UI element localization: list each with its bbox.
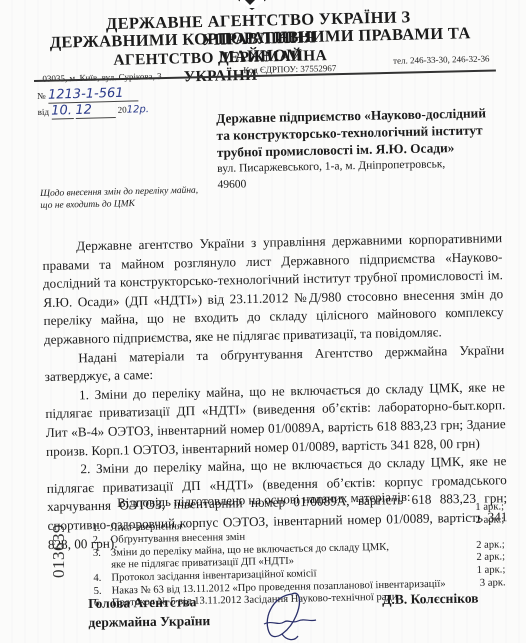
document-page: ДЕРЖАВНЕ АГЕНТСТВО УКРАЇНИ З УПРАВЛІННЯ … bbox=[0, 0, 526, 643]
reference-no-label: № bbox=[37, 91, 46, 101]
attachment-pages: 1 арк.; bbox=[477, 564, 506, 577]
body-paragraph-3: 1. Зміни до переліку майна, що не включа… bbox=[45, 378, 506, 461]
handwritten-signature-icon bbox=[252, 590, 332, 643]
attachment-number: 1. bbox=[92, 522, 106, 535]
agency-phone: тел. 246-33-30, 246-32-36 bbox=[393, 54, 490, 66]
attachment-number: 2. bbox=[93, 535, 107, 548]
attachment-number: 4. bbox=[93, 573, 107, 586]
addressee-block: Державне підприємство «Науково-дослідний… bbox=[216, 104, 518, 193]
signatory-title-line-1: Голова Агентства bbox=[88, 592, 210, 613]
reference-date-year-suffix: 12р. bbox=[127, 104, 150, 116]
registration-number-stamp: 013639 bbox=[49, 518, 79, 578]
signatory-title-line-2: держмайна України bbox=[88, 611, 210, 632]
reference-date-label: від bbox=[37, 107, 49, 117]
attachment-pages: 2 арк.; bbox=[476, 539, 505, 552]
attachment-pages: 2 арк.; bbox=[475, 514, 504, 527]
reference-no-value: 1213-1-561 bbox=[48, 86, 124, 103]
attachment-pages: 3 арк. bbox=[480, 577, 506, 590]
attachment-pages: 1 арк.; bbox=[475, 501, 504, 514]
signatory-name: Д.В. Колєсніков bbox=[382, 590, 479, 608]
reference-date-day: 10. bbox=[51, 103, 72, 119]
letter-subject: Щодо внесення змін до переліку майна, що… bbox=[40, 185, 198, 212]
body-paragraph-1: Державне агентство України з управління … bbox=[42, 229, 504, 349]
subject-line-2: що не входить до ЦМК bbox=[40, 197, 198, 212]
reference-date-month: 12 bbox=[75, 103, 92, 118]
attachment-number: 3. bbox=[93, 547, 107, 560]
reference-date-year-prefix: 20 bbox=[118, 105, 127, 115]
signatory-title: Голова Агентства держмайна України bbox=[88, 592, 210, 632]
attachment-pages: 2 арк.; bbox=[476, 552, 505, 565]
